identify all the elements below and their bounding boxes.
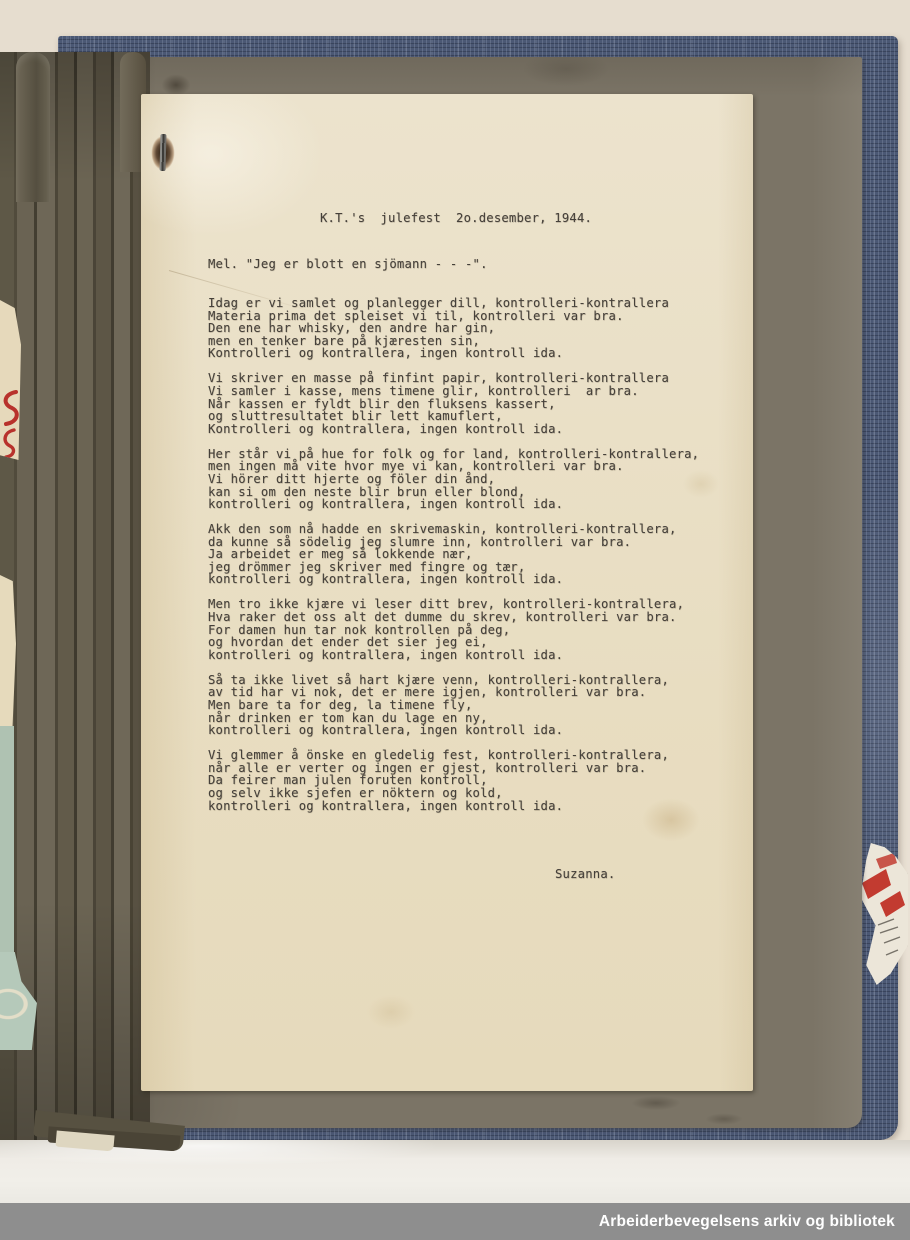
stanza-6: Så ta ikke livet så hart kjære venn, kon…	[208, 674, 699, 737]
photo-background: K.T.'s julefest 2o.desember, 1944. Mel. …	[0, 0, 910, 1240]
stanza-7: Vi glemmer å önske en gledelig fest, kon…	[208, 749, 699, 812]
stanza-5: Men tro ikke kjære vi leser ditt brev, k…	[208, 598, 699, 661]
song-stanzas: Idag er vi samlet og planlegger dill, ko…	[208, 297, 699, 825]
stanza-3: Her står vi på hue for folk og for land,…	[208, 448, 699, 511]
signature: Suzanna.	[555, 868, 615, 881]
stanza-4: Akk den som nå hadde en skrivemaskin, ko…	[208, 523, 699, 586]
melody-line: Mel. "Jeg er blott en sjömann - - -".	[208, 258, 488, 271]
typed-sheet: K.T.'s julefest 2o.desember, 1944. Mel. …	[141, 94, 753, 1091]
stanza-2: Vi skriver en masse på finfint papir, ko…	[208, 372, 699, 435]
inserted-paper-green-edge	[0, 726, 14, 960]
archive-credit-bar: Arbeiderbevegelsens arkiv og bibliotek	[0, 1203, 910, 1240]
stanza-1: Idag er vi samlet og planlegger dill, ko…	[208, 297, 699, 360]
document-title: K.T.'s julefest 2o.desember, 1944.	[320, 212, 592, 225]
page-stack	[0, 52, 150, 1140]
table-surface	[0, 1140, 910, 1203]
staple	[160, 134, 167, 171]
page-fold	[16, 52, 50, 202]
archive-credit-label: Arbeiderbevegelsens arkiv og bibliotek	[599, 1213, 895, 1230]
